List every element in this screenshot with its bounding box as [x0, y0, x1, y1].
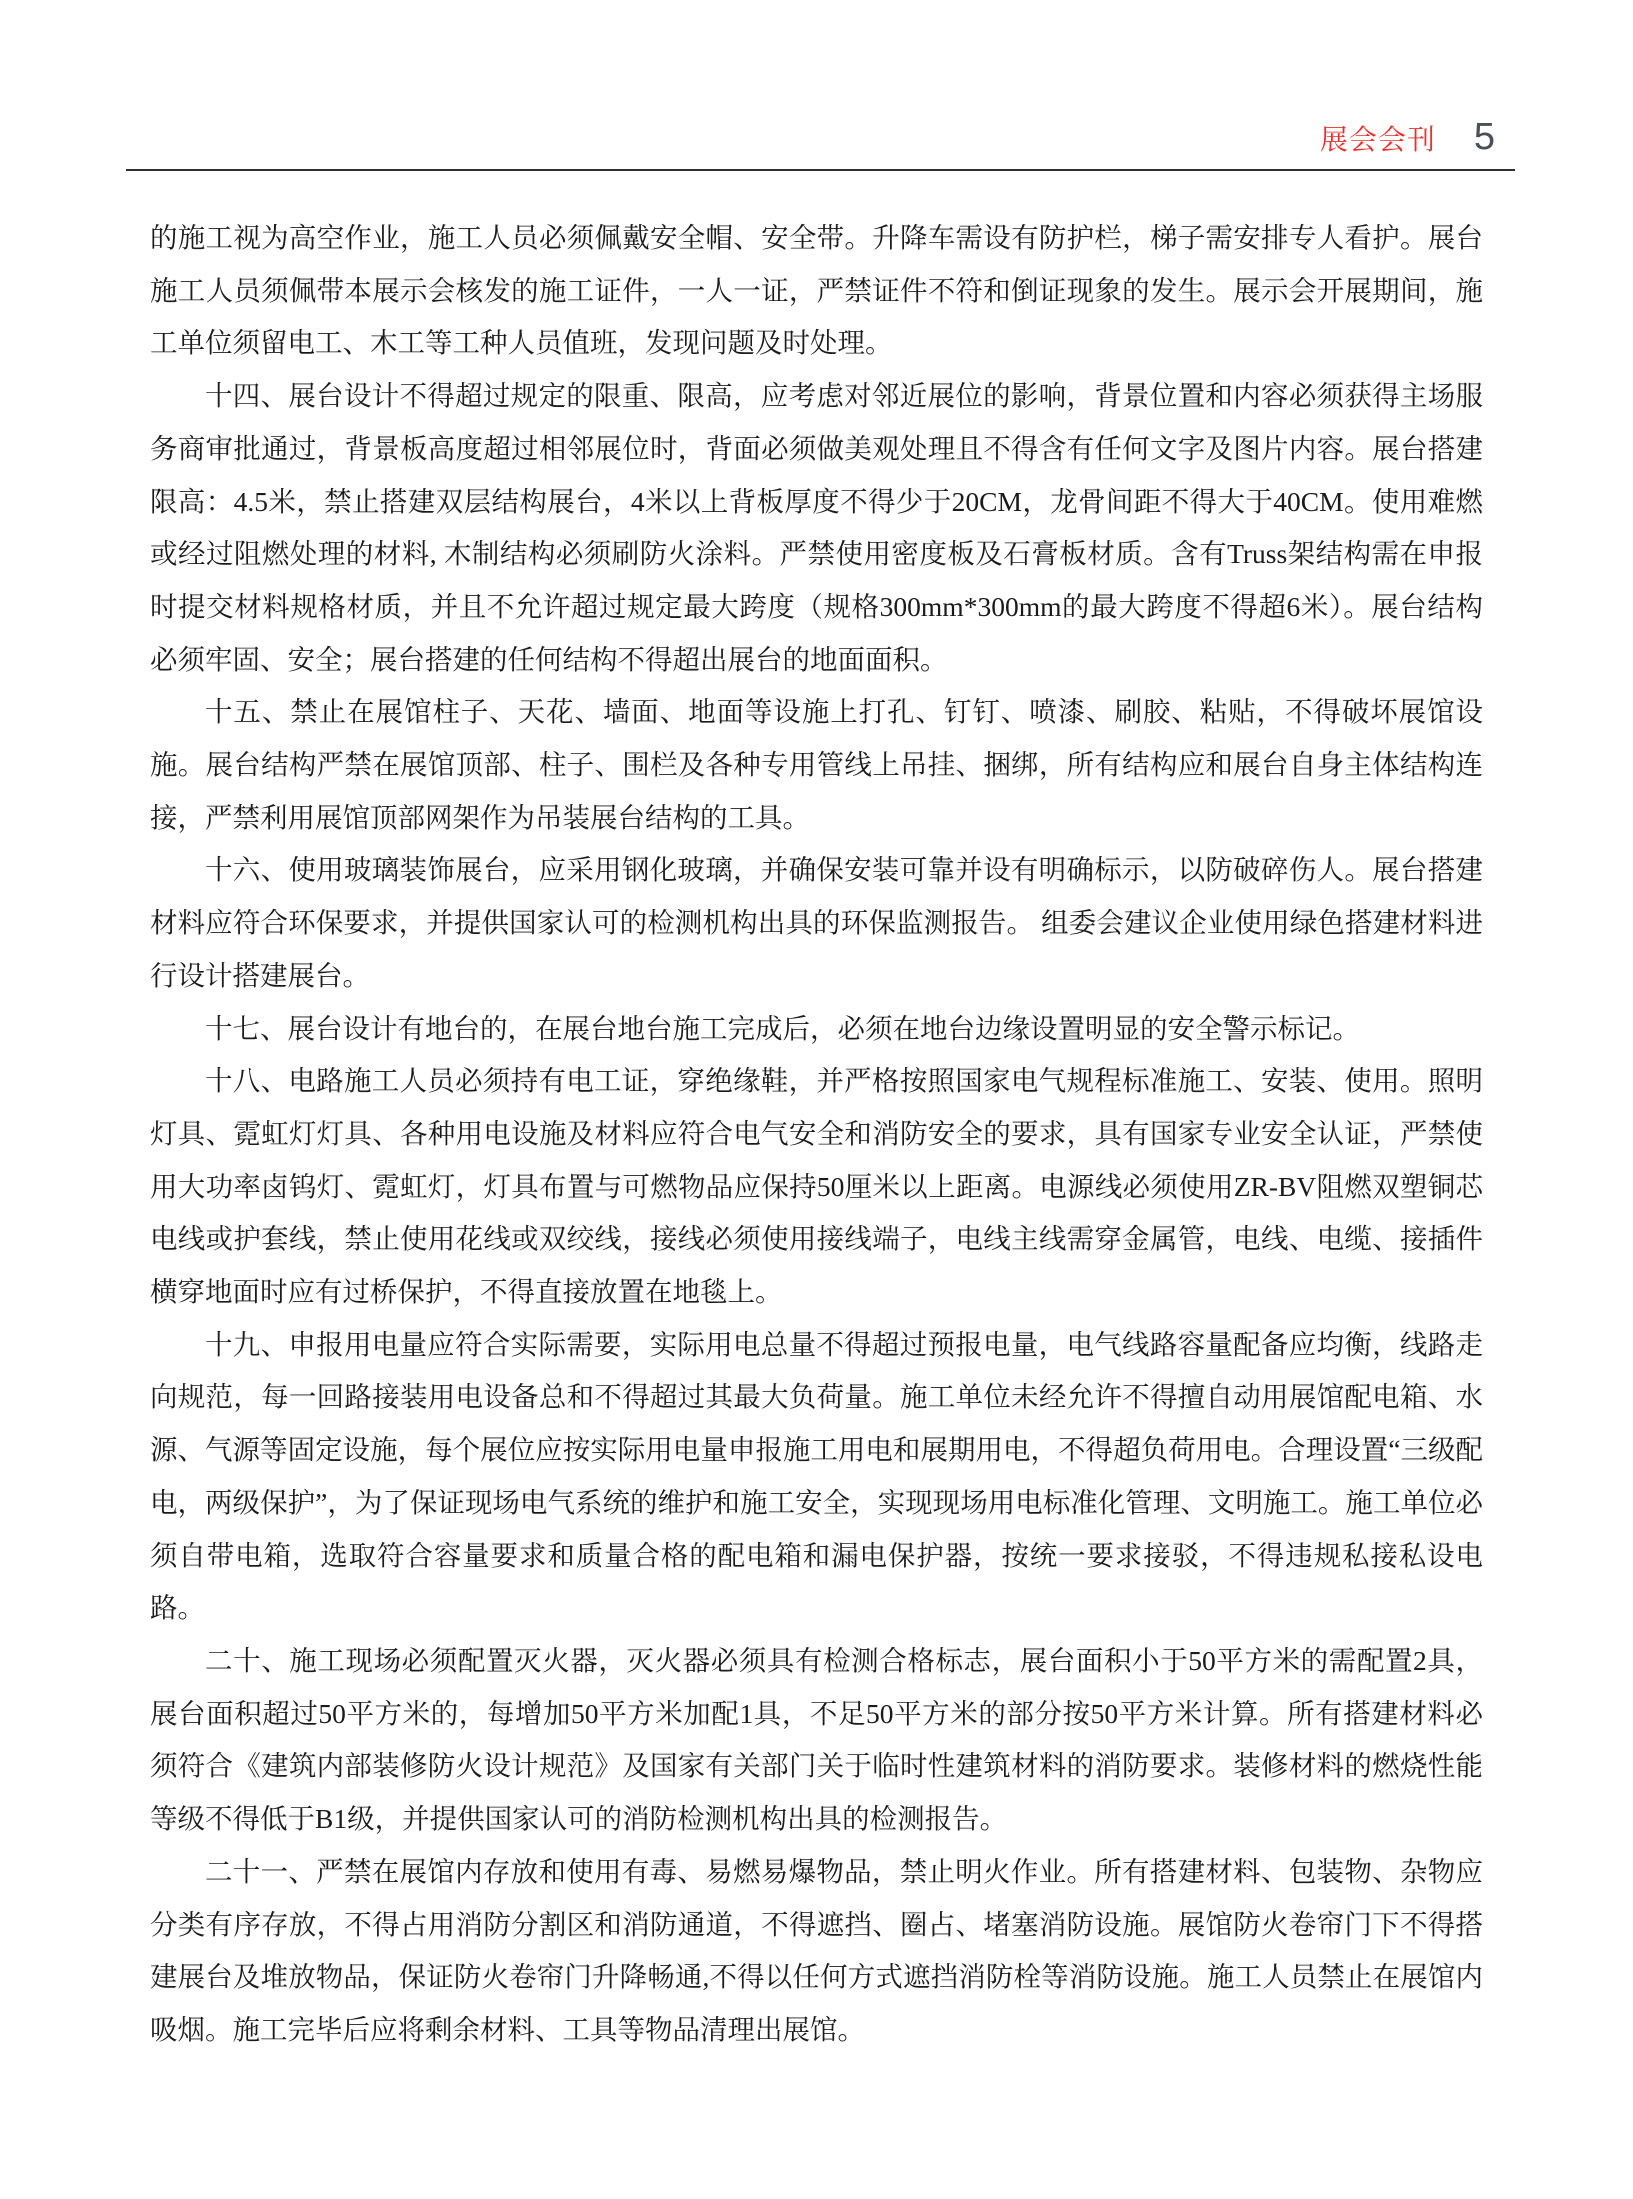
paragraph: 十七、展台设计有地台的，在展台地台施工完成后，必须在地台边缘设置明显的安全警示标…: [150, 1003, 1483, 1056]
page-number: 5: [1474, 116, 1495, 159]
paragraph: 二十一、严禁在展馆内存放和使用有毒、易燃易爆物品，禁止明火作业。所有搭建材料、包…: [150, 1846, 1483, 2057]
header-divider: [126, 169, 1515, 171]
paragraph: 十九、申报用电量应符合实际需要，实际用电总量不得超过预报电量，电气线路容量配备应…: [150, 1319, 1483, 1635]
paragraph: 十五、禁止在展馆柱子、天花、墙面、地面等设施上打孔、钉钉、喷漆、刷胶、粘贴，不得…: [150, 686, 1483, 844]
paragraph: 十六、使用玻璃装饰展台，应采用钢化玻璃，并确保安装可靠并设有明确标示，以防破碎伤…: [150, 844, 1483, 1002]
paragraph: 十八、电路施工人员必须持有电工证，穿绝缘鞋，并严格按照国家电气规程标准施工、安装…: [150, 1055, 1483, 1319]
paragraph: 十四、展台设计不得超过规定的限重、限高，应考虑对邻近展位的影响，背景位置和内容必…: [150, 370, 1483, 686]
page-header: 展会会刊 5: [1320, 116, 1495, 159]
document-body: 的施工视为高空作业，施工人员必须佩戴安全帽、安全带。升降车需设有防护栏，梯子需安…: [150, 212, 1483, 2057]
paragraph: 二十、施工现场必须配置灭火器，灭火器必须具有检测合格标志，展台面积小于50平方米…: [150, 1635, 1483, 1846]
journal-page: 展会会刊 5 的施工视为高空作业，施工人员必须佩戴安全帽、安全带。升降车需设有防…: [0, 0, 1633, 2199]
journal-title: 展会会刊: [1320, 118, 1436, 158]
paragraph: 的施工视为高空作业，施工人员必须佩戴安全帽、安全带。升降车需设有防护栏，梯子需安…: [150, 212, 1483, 370]
